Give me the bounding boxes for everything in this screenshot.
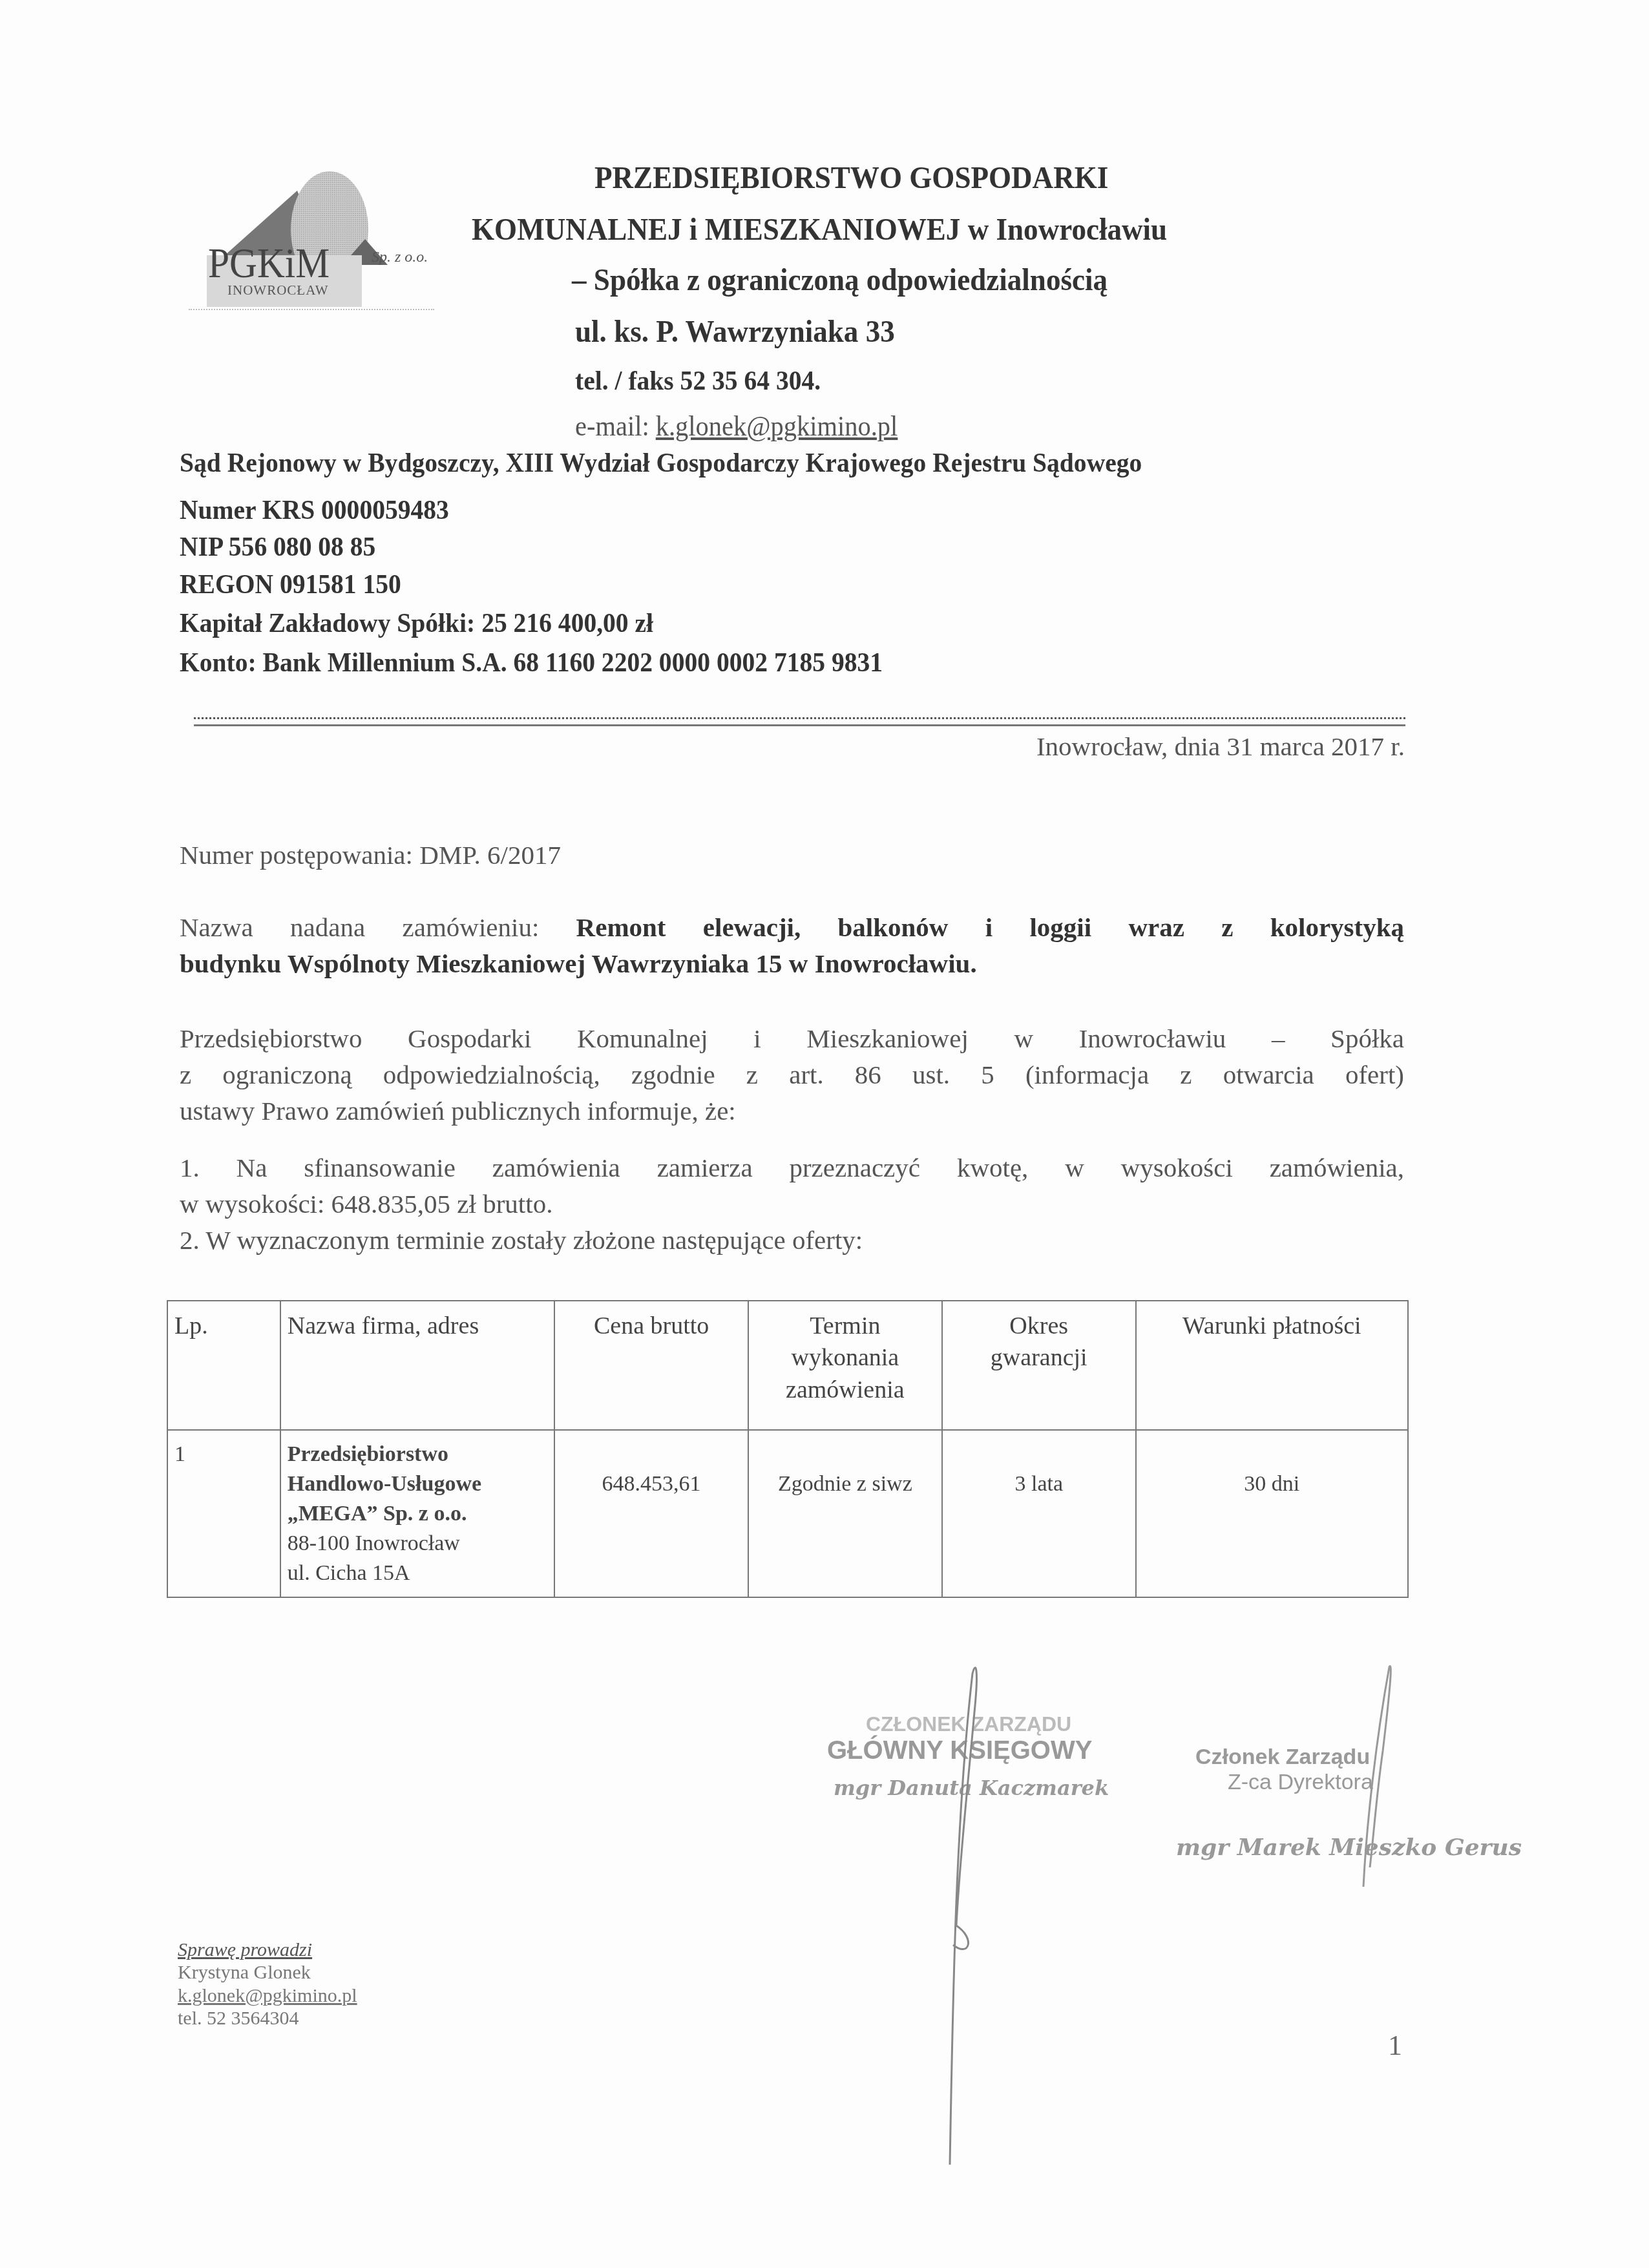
cell-payment: 30 dni [1136,1430,1408,1597]
offers-table: Lp. Nazwa firma, adres Cena brutto Termi… [167,1300,1409,1598]
company-name-line1: PRZEDSIĘBIORSTWO GOSPODARKI [594,162,1108,193]
table-row: 1 Przedsiębiorstwo Handlowo-Usługowe „ME… [167,1430,1408,1597]
cell-warranty: 3 lata [942,1430,1136,1597]
handwritten-signature-right-icon [1344,1661,1409,1893]
krs-number: Numer KRS 0000059483 [180,496,449,524]
company-address-1: 88-100 Inowrocław [288,1529,548,1559]
procedure-number: Numer postępowania: DMP. 6/2017 [180,837,561,874]
page-number: 1 [1388,2029,1402,2062]
regon-number: REGON 091581 150 [180,571,401,598]
court-registry: Sąd Rejonowy w Bydgoszczy, XIII Wydział … [180,449,1142,477]
cell-price: 648.453,61 [554,1430,748,1597]
cell-deadline: Zgodnie z siwz [748,1430,942,1597]
intro-paragraph: Przedsiębiorstwo Gospodarki Komunalnej i… [180,1021,1404,1129]
bank-account: Konto: Bank Millennium S.A. 68 1160 2202… [180,649,883,677]
document-date: Inowrocław, dnia 31 marca 2017 r. [1036,729,1405,765]
intro-line3: ustawy Prawo zamówień publicznych inform… [180,1093,1404,1129]
order-name-label: Nazwa nadana zamówieniu: [180,912,576,942]
intro-line1: Przedsiębiorstwo Gospodarki Komunalnej i… [180,1021,1404,1057]
company-address-2: ul. Cicha 15A [288,1559,548,1588]
header-deadline: Termin wykonania zamówienia [748,1301,942,1430]
handwritten-signature-left-icon [937,1654,1014,2171]
point-1-line1: 1. Na sfinansowanie zamówienia zamierza … [180,1150,1404,1186]
email-label: e-mail: [575,410,656,442]
case-handler-name: Krystyna Glonek [178,1961,357,1984]
case-handler-phone: tel. 52 3564304 [178,2007,357,2030]
points-list: 1. Na sfinansowanie zamówienia zamierza … [180,1150,1404,1258]
header-payment: Warunki płatności [1136,1301,1408,1430]
header-price: Cena brutto [554,1301,748,1430]
table-header-row: Lp. Nazwa firma, adres Cena brutto Termi… [167,1301,1408,1430]
cell-lp: 1 [167,1430,280,1597]
company-email-link[interactable]: k.glonek@pgkimino.pl [656,410,898,442]
order-name-value-line2: budynku Wspólnoty Mieszkaniowej Wawrzyni… [180,949,977,978]
company-name-1: Przedsiębiorstwo [288,1440,548,1469]
company-name-line2: KOMUNALNEJ i MIESZKANIOWEJ w Inowrocławi… [472,213,1167,245]
company-name-2: Handlowo-Usługowe [288,1469,548,1499]
company-address: ul. ks. P. Wawrzyniaka 33 [575,315,895,347]
case-handler-label: Sprawę prowadzi [178,1938,357,1961]
logo-city: INOWROCŁAW [227,282,328,299]
logo-divider [189,309,434,310]
header-lp: Lp. [167,1301,280,1430]
point-2: 2. W wyznaczonym terminie zostały złożon… [180,1223,1404,1259]
company-name-line3: – Spółka z ograniczoną odpowiedzialności… [572,264,1108,295]
cell-company: Przedsiębiorstwo Handlowo-Usługowe „MEGA… [280,1430,555,1597]
intro-line2: z ograniczoną odpowiedzialnością, zgodni… [180,1057,1404,1093]
header-company: Nazwa firma, adres [280,1301,555,1430]
share-capital: Kapitał Zakładowy Spółki: 25 216 400,00 … [180,609,653,637]
case-handler-block: Sprawę prowadzi Krystyna Glonek k.glonek… [178,1938,357,2030]
header-warranty: Okres gwarancji [942,1301,1136,1430]
header-separator [194,717,1405,726]
company-phone: tel. / faks 52 35 64 304. [575,367,821,395]
logo-brand: PGKiM [208,239,330,288]
case-handler-email-link[interactable]: k.glonek@pgkimino.pl [178,1984,357,2007]
company-name-3: „MEGA” Sp. z o.o. [288,1499,548,1529]
logo-suffix: Sp. z o.o. [372,249,428,266]
nip-number: NIP 556 080 08 85 [180,533,375,561]
point-1-line2: w wysokości: 648.835,05 zł brutto. [180,1186,1404,1223]
order-name-value-line1: Remont elewacji, balkonów i loggii wraz … [576,912,1404,942]
